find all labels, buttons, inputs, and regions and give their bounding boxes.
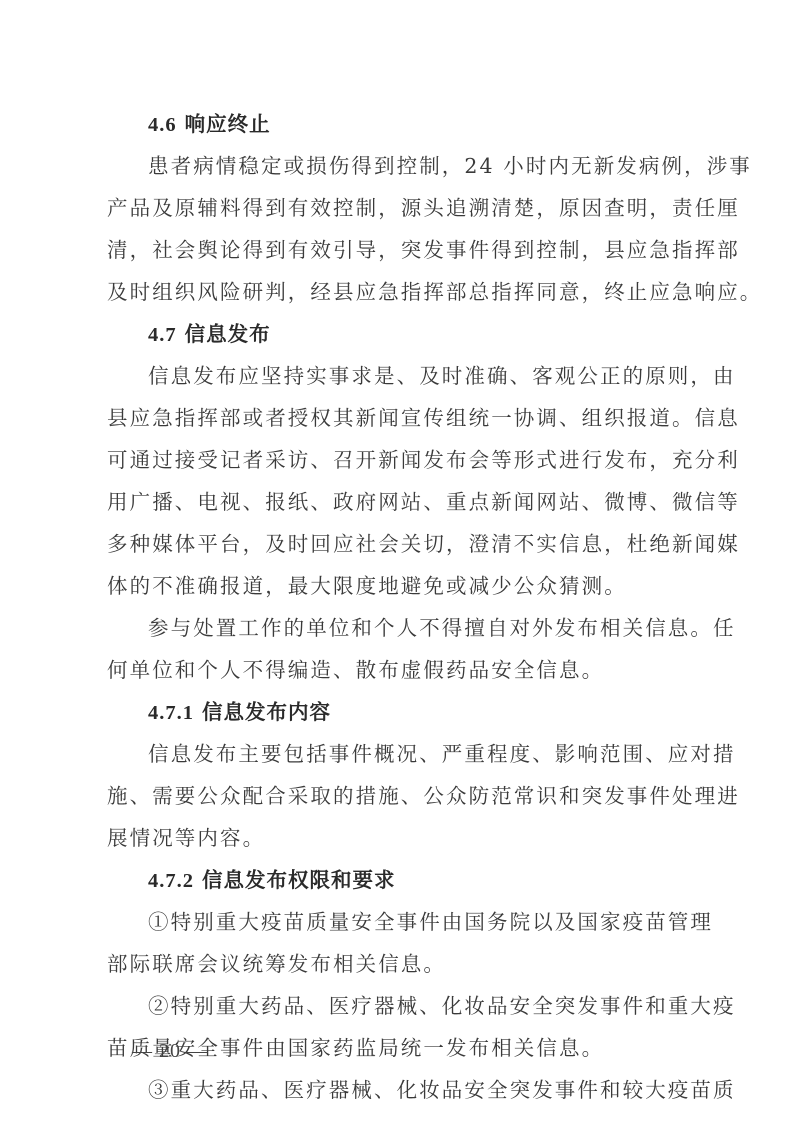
text-line: 何单位和个人不得编造、散布虚假药品安全信息。 <box>107 649 707 691</box>
text-line: 部际联席会议统筹发布相关信息。 <box>107 943 707 985</box>
text-line: 展情况等内容。 <box>107 817 707 859</box>
text-line: 信息发布应坚持实事求是、及时准确、客观公正的原则，由 <box>107 355 707 397</box>
text-line: 施、需要公众配合采取的措施、公众防范常识和突发事件处理进 <box>107 775 707 817</box>
section-number: 4.7.1 <box>148 702 194 724</box>
section-title: 信息发布内容 <box>202 700 331 724</box>
text-line: 清，社会舆论得到有效引导，突发事件得到控制，县应急指挥部 <box>107 229 707 271</box>
text-line: 产品及原辅料得到有效控制，源头追溯清楚，原因查明，责任厘 <box>107 187 707 229</box>
document-page: 4.6响应终止 患者病情稳定或损伤得到控制，24 小时内无新发病例，涉事 产品及… <box>107 103 707 1111</box>
section-number: 4.7.2 <box>148 870 194 892</box>
section-heading-4-7-2: 4.7.2信息发布权限和要求 <box>107 859 707 901</box>
paragraph: 患者病情稳定或损伤得到控制，24 小时内无新发病例，涉事 产品及原辅料得到有效控… <box>107 145 707 313</box>
section-heading-4-6: 4.6响应终止 <box>107 103 707 145</box>
section-title: 信息发布 <box>185 322 271 346</box>
text-line: 可通过接受记者采访、召开新闻发布会等形式进行发布，充分利 <box>107 439 707 481</box>
section-number: 4.6 <box>148 114 177 136</box>
text-line: 用广播、电视、报纸、政府网站、重点新闻网站、微博、微信等 <box>107 481 707 523</box>
list-item-3: ③重大药品、医疗器械、化妆品安全突发事件和较大疫苗质 <box>107 1069 707 1111</box>
section-heading-4-7-1: 4.7.1信息发布内容 <box>107 691 707 733</box>
text-line: 参与处置工作的单位和个人不得擅自对外发布相关信息。任 <box>107 607 707 649</box>
paragraph: 信息发布应坚持实事求是、及时准确、客观公正的原则，由 县应急指挥部或者授权其新闻… <box>107 355 707 607</box>
text-line: ③重大药品、医疗器械、化妆品安全突发事件和较大疫苗质 <box>107 1069 707 1111</box>
text-line: 多种媒体平台，及时回应社会关切，澄清不实信息，杜绝新闻媒 <box>107 523 707 565</box>
paragraph: 信息发布主要包括事件概况、严重程度、影响范围、应对措 施、需要公众配合采取的措施… <box>107 733 707 859</box>
section-number: 4.7 <box>148 324 177 346</box>
text-line: 信息发布主要包括事件概况、严重程度、影响范围、应对措 <box>107 733 707 775</box>
text-line: 县应急指挥部或者授权其新闻宣传组统一协调、组织报道。信息 <box>107 397 707 439</box>
text-line: ②特别重大药品、医疗器械、化妆品安全突发事件和重大疫 <box>107 985 707 1027</box>
section-title: 响应终止 <box>185 112 271 136</box>
section-heading-4-7: 4.7信息发布 <box>107 313 707 355</box>
text-line: 患者病情稳定或损伤得到控制，24 小时内无新发病例，涉事 <box>107 145 707 187</box>
paragraph: 参与处置工作的单位和个人不得擅自对外发布相关信息。任 何单位和个人不得编造、散布… <box>107 607 707 691</box>
list-item-1: ①特别重大疫苗质量安全事件由国务院以及国家疫苗管理 部际联席会议统筹发布相关信息… <box>107 901 707 985</box>
text-line: ①特别重大疫苗质量安全事件由国务院以及国家疫苗管理 <box>107 901 707 943</box>
text-line: 体的不准确报道，最大限度地避免或减少公众猜测。 <box>107 565 707 607</box>
page-number: — 20 — <box>132 1040 208 1063</box>
text-line: 及时组织风险研判，经县应急指挥部总指挥同意，终止应急响应。 <box>107 271 707 313</box>
section-title: 信息发布权限和要求 <box>202 868 396 892</box>
